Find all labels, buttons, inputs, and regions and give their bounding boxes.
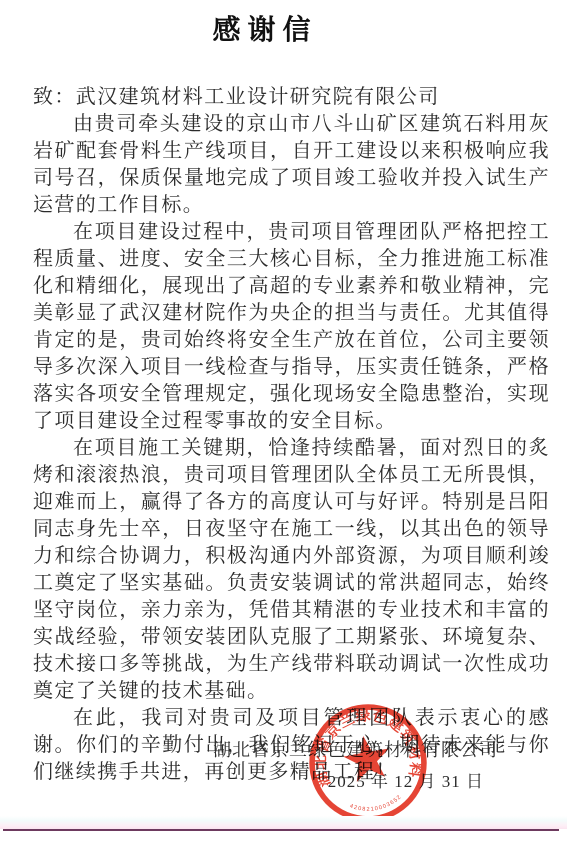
seal-serial-number: 4208210003652	[348, 793, 405, 816]
letter-body: 致：武汉建筑材料工业设计研究院有限公司 由贵司牵头建设的京山市八斗山矿区建筑石料…	[33, 84, 550, 786]
company-signature: 湖北省京兰绿色建筑材料有限公司	[33, 736, 550, 762]
salutation: 致：武汉建筑材料工业设计研究院有限公司	[33, 84, 550, 111]
letter-date: 2025 年 12 月 31 日	[33, 767, 550, 792]
svg-text:4208210003652: 4208210003652	[348, 793, 405, 816]
scan-artifact-band	[0, 816, 567, 829]
below-divider-area	[0, 831, 567, 844]
paragraph-1: 由贵司牵头建设的京山市八斗山矿区建筑石料用灰岩矿配套骨料生产线项目，自开工建设以…	[33, 111, 550, 219]
letter-title: 感谢信	[0, 8, 530, 48]
paragraph-2: 在项目建设过程中，贵司项目管理团队严格把控工程质量、进度、安全三大核心目标，全力…	[33, 219, 550, 435]
paragraph-3: 在项目施工关键期，恰逢持续酷暑，面对烈日的炙烤和滚滚热浪，贵司项目管理团队全体员…	[33, 435, 550, 705]
signature-block: 湖北省京兰绿色建筑材料有限公司 2025 年 12 月 31 日	[33, 736, 550, 792]
letter-page: 感谢信 致：武汉建筑材料工业设计研究院有限公司 由贵司牵头建设的京山市八斗山矿区…	[0, 0, 567, 844]
